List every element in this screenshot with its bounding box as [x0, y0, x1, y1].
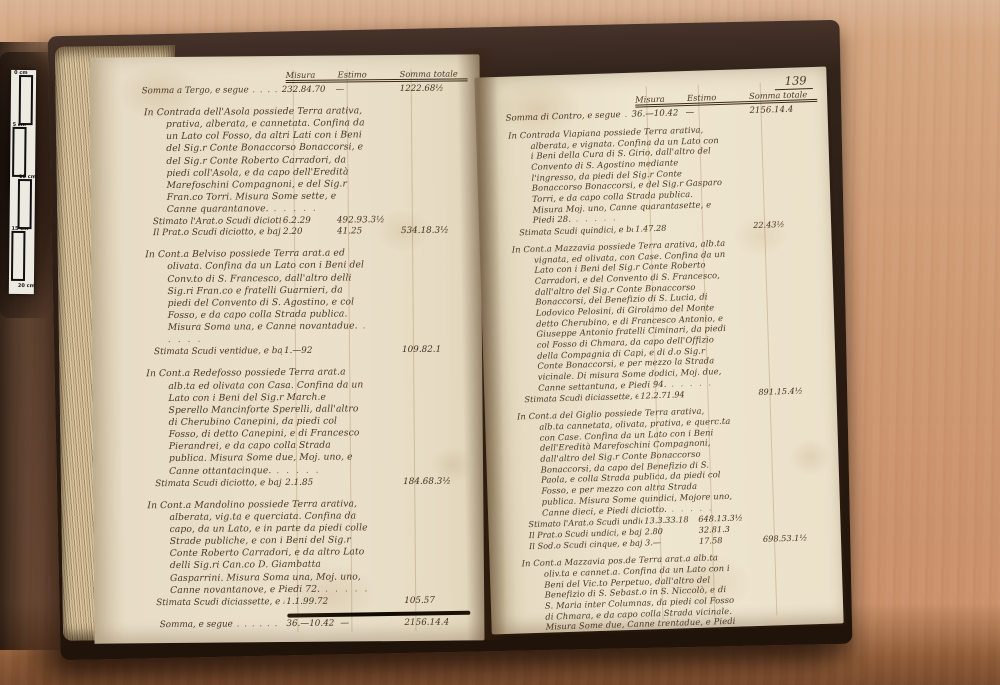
footer-misura: 36.—10.42 — [286, 618, 338, 628]
estimo-header: Estimo — [338, 69, 400, 80]
carry-forward-row: Somma di Contro, e segue 36.—10.42 — 215… — [505, 104, 817, 124]
estimo-value: 492.93.3½ — [337, 215, 399, 226]
carry-forward-estimo: — — [336, 84, 398, 95]
register-entry: In Cont.a Mazzavia possiede Terra arativ… — [510, 235, 827, 405]
somma-totale-value — [401, 215, 469, 226]
estimo-value — [339, 477, 401, 488]
valuation-label: Stimata Scudi ventidue, e baj 22. il Moj… — [144, 346, 282, 357]
entry-valuations: Stimata Scudi diciassette, e baj 57. il … — [146, 595, 472, 608]
entry-description: In Contrada dell'Asola possiede Terra ar… — [142, 105, 367, 216]
estimo-value: 648.13.3½ — [698, 512, 760, 524]
entry-valuations: Stimato l'Arat.o Scudi diciotto, e baj 7… — [143, 215, 469, 239]
valuation-label: Stimato l'Arat.o Scudi diciotto, e baj 7… — [143, 216, 281, 227]
carry-forward-estimo: — — [685, 106, 747, 118]
left-page: Misura Estimo Somma totale Somma a Tergo… — [89, 54, 484, 643]
somma-totale-value: 534.18.3½ — [401, 226, 469, 237]
entry-description: In Cont.a Redefosso possiede Terra arat.… — [144, 367, 369, 478]
misura-value: 2.1.85 — [285, 477, 337, 487]
footer-estimo: — — [340, 618, 402, 629]
register-entry: In Cont.a Redefosso possiede Terra arat.… — [144, 366, 471, 489]
entry-description: In Cont.a Mazzavia possiede Terra arativ… — [510, 238, 731, 394]
estimo-value: 17.58 — [699, 534, 761, 546]
register-entry: In Cont.a del Giglio possiede Terra arat… — [515, 402, 831, 551]
misura-header: Misura — [635, 93, 687, 105]
somma-totale-value: 22.43½ — [753, 218, 821, 230]
misura-value: 2.80 — [645, 525, 697, 537]
footer-sum-row: Somma, e segue 36.—10.42 — 2156.14.4 — [146, 617, 472, 630]
ruler-label: 0 cm — [14, 70, 27, 76]
misura-header: Misura — [286, 70, 338, 80]
entry-description: In Cont.a Mandolino possiede Terra arati… — [145, 498, 370, 597]
carry-forward-label: Somma di Contro, e segue — [505, 110, 629, 124]
entry-description: In Cont.a Mazzavia pos.de Terra arat.a a… — [519, 552, 738, 635]
valuation-label: Stimata Scudi diciassette, e baj 57. il … — [146, 597, 284, 608]
carry-forward-label: Somma a Tergo, e segue — [142, 85, 280, 96]
valuation-row: Stimata Scudi diciassette, e baj 57. il … — [146, 595, 472, 608]
estimo-value: 41.25 — [337, 226, 399, 237]
carry-forward-misura: 232.84.70 — [282, 85, 334, 95]
somma-totale-value: 891.15.4½ — [758, 385, 826, 397]
right-page: 139 Misura Estimo Somma totale Somma di … — [474, 67, 843, 635]
misura-value: 3.— — [645, 536, 697, 548]
somma-totale-header: Somma totale — [749, 89, 817, 101]
ruler-segment — [12, 127, 27, 177]
somma-totale-header: Somma totale — [400, 68, 468, 79]
valuation-label: Stimata Scudi diciotto, e baj 75. il Moj… — [145, 478, 283, 489]
ruler-label: 15 cm — [11, 226, 28, 232]
misura-value: 12.2.71.94 — [640, 389, 692, 401]
valuation-row: Stimata Scudi diciotto, e baj 75. il Moj… — [145, 476, 471, 489]
ruler-segment — [11, 231, 26, 281]
misura-value: 2.20 — [283, 227, 335, 237]
ink-smear — [288, 611, 471, 618]
somma-totale-value: 109.82.1 — [402, 345, 470, 356]
left-page-entries: In Contrada dell'Asola possiede Terra ar… — [142, 104, 472, 608]
entry-description: In Cont.a Belviso possiede Terra arat.a … — [143, 248, 368, 347]
ruler-label: 5 cm — [13, 122, 26, 128]
valuation-label: Il Prat.o Scudi diciotto, e baj 75. il M… — [143, 227, 281, 238]
entry-description: In Cont.a del Giglio possiede Terra arat… — [515, 405, 734, 518]
carry-forward-somma: 2156.14.4 — [749, 104, 817, 116]
ruler-label: 20 cm — [18, 283, 35, 289]
estimo-value — [340, 596, 402, 607]
estimo-value — [338, 345, 400, 356]
entry-description: In Contrada Viapiana possiede Terra arat… — [506, 124, 725, 227]
misura-value: 1.—92 — [284, 346, 336, 356]
misura-value: 1.47.28 — [635, 222, 687, 234]
valuation-row: Stimata Scudi ventidue, e baj 22. il Moj… — [144, 345, 470, 358]
entry-valuations: Stimata Scudi diciotto, e baj 75. il Moj… — [145, 476, 471, 489]
carry-forward-misura: 36.—10.42 — [631, 108, 683, 120]
ruler-label: 10 cm — [19, 174, 36, 180]
estimo-value — [694, 387, 756, 399]
somma-totale-value: 698.53.1½ — [763, 532, 831, 544]
scale-ruler: 0 cm 5 cm 10 cm 15 cm 20 cm — [9, 70, 36, 294]
estimo-header: Estimo — [687, 91, 749, 103]
misura-value: 1.1.99.72 — [286, 596, 338, 606]
valuation-row: Il Prat.o Scudi diciotto, e baj 75. il M… — [143, 226, 469, 239]
register-entry: In Cont.a Belviso possiede Terra arat.a … — [143, 247, 470, 358]
register-entry: In Contrada Viapiana possiede Terra arat… — [506, 121, 821, 238]
column-headers: Misura Estimo Somma totale — [286, 68, 468, 83]
footer-somma: 2156.14.4 — [404, 617, 472, 628]
ruler-segment — [19, 75, 34, 125]
right-page-entries: In Contrada Viapiana possiede Terra arat… — [506, 121, 834, 634]
estimo-value — [689, 220, 751, 232]
register-entry: In Contrada dell'Asola possiede Terra ar… — [142, 104, 469, 238]
somma-totale-value: 105.57 — [404, 595, 472, 606]
register-entry: In Cont.a Mandolino possiede Terra arati… — [145, 497, 472, 608]
somma-totale-value: 184.68.3½ — [403, 476, 471, 487]
entry-valuations: Stimata Scudi ventidue, e baj 22. il Moj… — [144, 345, 470, 358]
ruler-segment — [18, 179, 33, 229]
estimo-value: 32.81.3 — [699, 523, 761, 535]
carry-forward-somma: 1222.68½ — [400, 83, 468, 94]
misura-value: 6.2.29 — [283, 216, 335, 226]
carry-forward-row: Somma a Tergo, e segue 232.84.70 — 1222.… — [142, 83, 468, 96]
footer-label: Somma, e segue — [146, 619, 284, 630]
misura-value: 13.3.33.18 — [644, 514, 696, 526]
register-entry: In Cont.a Mazzavia pos.de Terra arat.a a… — [519, 549, 834, 635]
